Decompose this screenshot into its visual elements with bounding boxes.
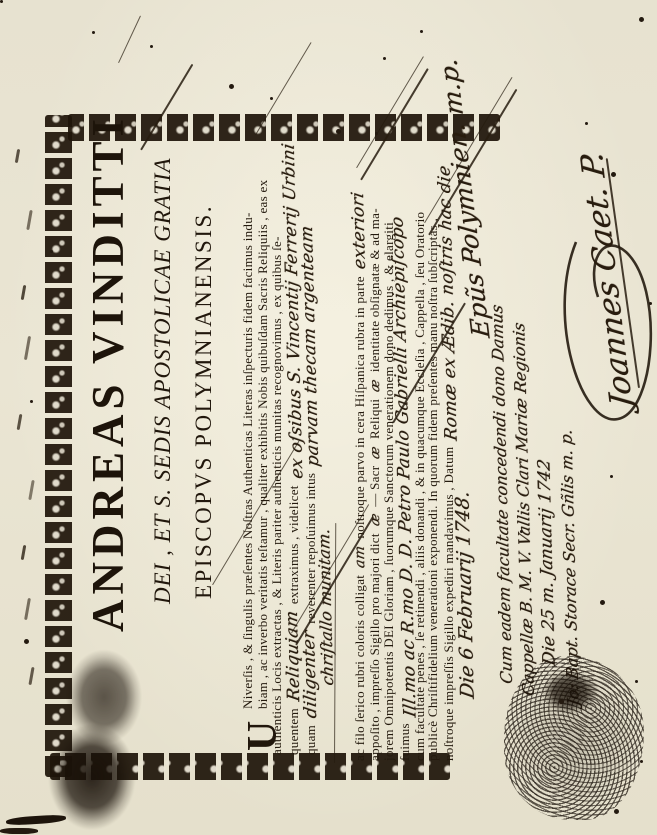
margin-scratch xyxy=(17,414,23,430)
margin-scratch xyxy=(24,336,31,360)
handwritten-note-2: Cappellæ B. M. V. Vallis Clari Mariæ Reg… xyxy=(511,322,537,697)
rotated-certificate: ANDREAS VINDITTI DEI , ET S. SEDIS APOST… xyxy=(0,0,657,835)
edge-smudge xyxy=(0,828,38,834)
margin-scratch xyxy=(28,480,34,500)
paragraph-2: ac filo ſerico rubri coloris colligat am… xyxy=(351,125,457,761)
dedication-line: DEI , ET S. SEDIS APOSTOLICAE GRATIA xyxy=(150,157,176,604)
margin-scratch xyxy=(21,285,27,300)
margin-scratch xyxy=(21,545,27,560)
p2-line1: ac filo ſerico rubri coloris colligat am… xyxy=(351,125,368,761)
paragraph-1: Niverſis , & ſingulis præſentes Noſtras … xyxy=(241,125,319,755)
handwritten-insert: parvam thecam argenteam xyxy=(298,224,321,467)
p1-line5: quam diligenter reverenter repoſuimus in… xyxy=(302,125,319,755)
ink-blot-seal-edge xyxy=(540,669,600,715)
p2-line4: fuimus Ill.mo ac R.mo D. D. Petro Paulo … xyxy=(396,125,413,761)
p2-line2: appoſito , impreſſo Sigillo pro majori d… xyxy=(368,125,382,761)
episcopal-title-line: EPISCOPVS POLYMNIANENSIS. xyxy=(191,204,217,599)
handwritten-date-2: Die 25 m. Januarij 1742 xyxy=(536,458,558,666)
handwritten-insert: æ xyxy=(369,445,382,460)
handwritten-insert: exteriori xyxy=(350,191,369,270)
p1-line1: Niverſis , & ſingulis præſentes Noſtras … xyxy=(241,125,256,755)
p1-line2: biam , ac inverbo veritatis teſtamur , q… xyxy=(256,125,271,755)
margin-scratch xyxy=(26,210,32,230)
paper-specks xyxy=(0,0,3,3)
margin-scratch xyxy=(28,667,34,685)
certificate-title: ANDREAS VINDITTI xyxy=(82,114,134,632)
handwritten-insert: æ xyxy=(369,378,382,393)
pen-slash-mark xyxy=(118,16,141,64)
scanned-document-photo: ANDREAS VINDITTI DEI , ET S. SEDIS APOST… xyxy=(0,0,657,835)
ink-blot-title xyxy=(64,647,144,747)
margin-scratch xyxy=(15,149,20,163)
margin-scratch xyxy=(24,598,31,620)
handwritten-date-1: Die 6 Februarij 1748. xyxy=(453,490,477,700)
